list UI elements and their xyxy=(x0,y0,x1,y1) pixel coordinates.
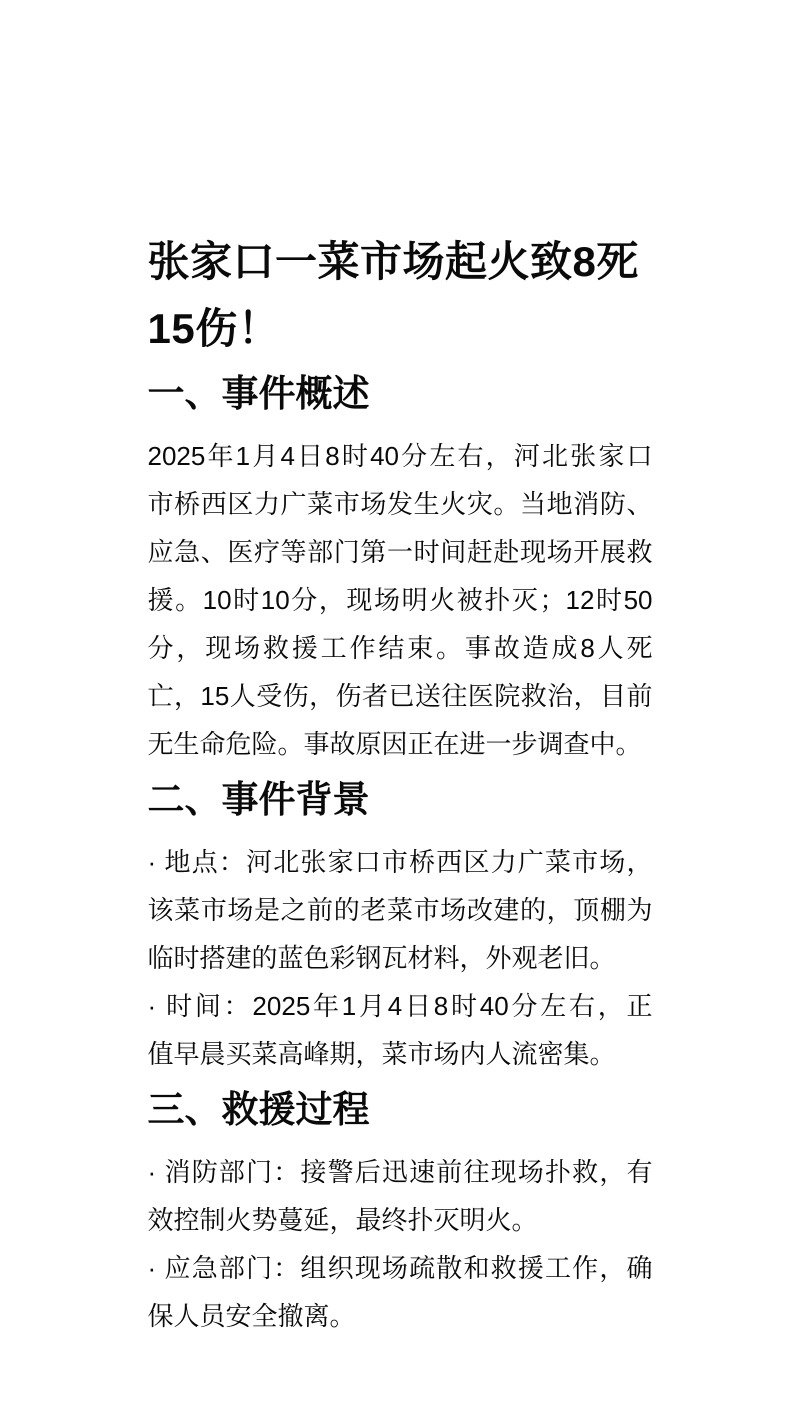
text-line: 效控制火势蔓延，最终扑灭明火。 xyxy=(148,1196,653,1244)
text-line: 2025年1月4日8时40分左右，河北张家口 xyxy=(148,432,653,480)
article-title-line: 15伤！ xyxy=(148,295,653,362)
article-page: 张家口一菜市场起火致8死15伤！ 一、事件概述2025年1月4日8时40分左右，… xyxy=(148,0,653,1340)
paragraph: 2025年1月4日8时40分左右，河北张家口市桥西区力广菜市场发生火灾。当地消防… xyxy=(148,432,653,768)
text-line: 无生命危险。事故原因正在进一步调查中。 xyxy=(148,720,653,768)
article-title: 张家口一菜市场起火致8死15伤！ xyxy=(148,228,653,362)
text-line: · 地点：河北张家口市桥西区力广菜市场， xyxy=(148,838,653,886)
text-line: 保人员安全撤离。 xyxy=(148,1292,653,1340)
text-line: 援。10时10分，现场明火被扑灭；12时50 xyxy=(148,576,653,624)
text-line: 应急、医疗等部门第一时间赶赴现场开展救 xyxy=(148,528,653,576)
bullet-item: · 应急部门：组织现场疏散和救援工作，确保人员安全撤离。 xyxy=(148,1244,653,1340)
text-line: 值早晨买菜高峰期，菜市场内人流密集。 xyxy=(148,1030,653,1078)
article-body: 一、事件概述2025年1月4日8时40分左右，河北张家口市桥西区力广菜市场发生火… xyxy=(148,366,653,1340)
section-heading: 一、事件概述 xyxy=(148,366,653,422)
text-line: 市桥西区力广菜市场发生火灾。当地消防、 xyxy=(148,480,653,528)
article-title-line: 张家口一菜市场起火致8死 xyxy=(148,228,653,295)
text-line: 临时搭建的蓝色彩钢瓦材料，外观老旧。 xyxy=(148,934,653,982)
bullet-item: · 消防部门：接警后迅速前往现场扑救，有效控制火势蔓延，最终扑灭明火。 xyxy=(148,1148,653,1244)
text-line: · 时间：2025年1月4日8时40分左右，正 xyxy=(148,982,653,1030)
text-line: 亡，15人受伤，伤者已送往医院救治，目前 xyxy=(148,672,653,720)
text-line: 该菜市场是之前的老菜市场改建的，顶棚为 xyxy=(148,886,653,934)
text-line: · 消防部门：接警后迅速前往现场扑救，有 xyxy=(148,1148,653,1196)
text-line: 分，现场救援工作结束。事故造成8人死 xyxy=(148,624,653,672)
section-heading: 二、事件背景 xyxy=(148,772,653,828)
bullet-item: · 时间：2025年1月4日8时40分左右，正值早晨买菜高峰期，菜市场内人流密集… xyxy=(148,982,653,1078)
section-heading: 三、救援过程 xyxy=(148,1082,653,1138)
text-line: · 应急部门：组织现场疏散和救援工作，确 xyxy=(148,1244,653,1292)
bullet-item: · 地点：河北张家口市桥西区力广菜市场，该菜市场是之前的老菜市场改建的，顶棚为临… xyxy=(148,838,653,982)
